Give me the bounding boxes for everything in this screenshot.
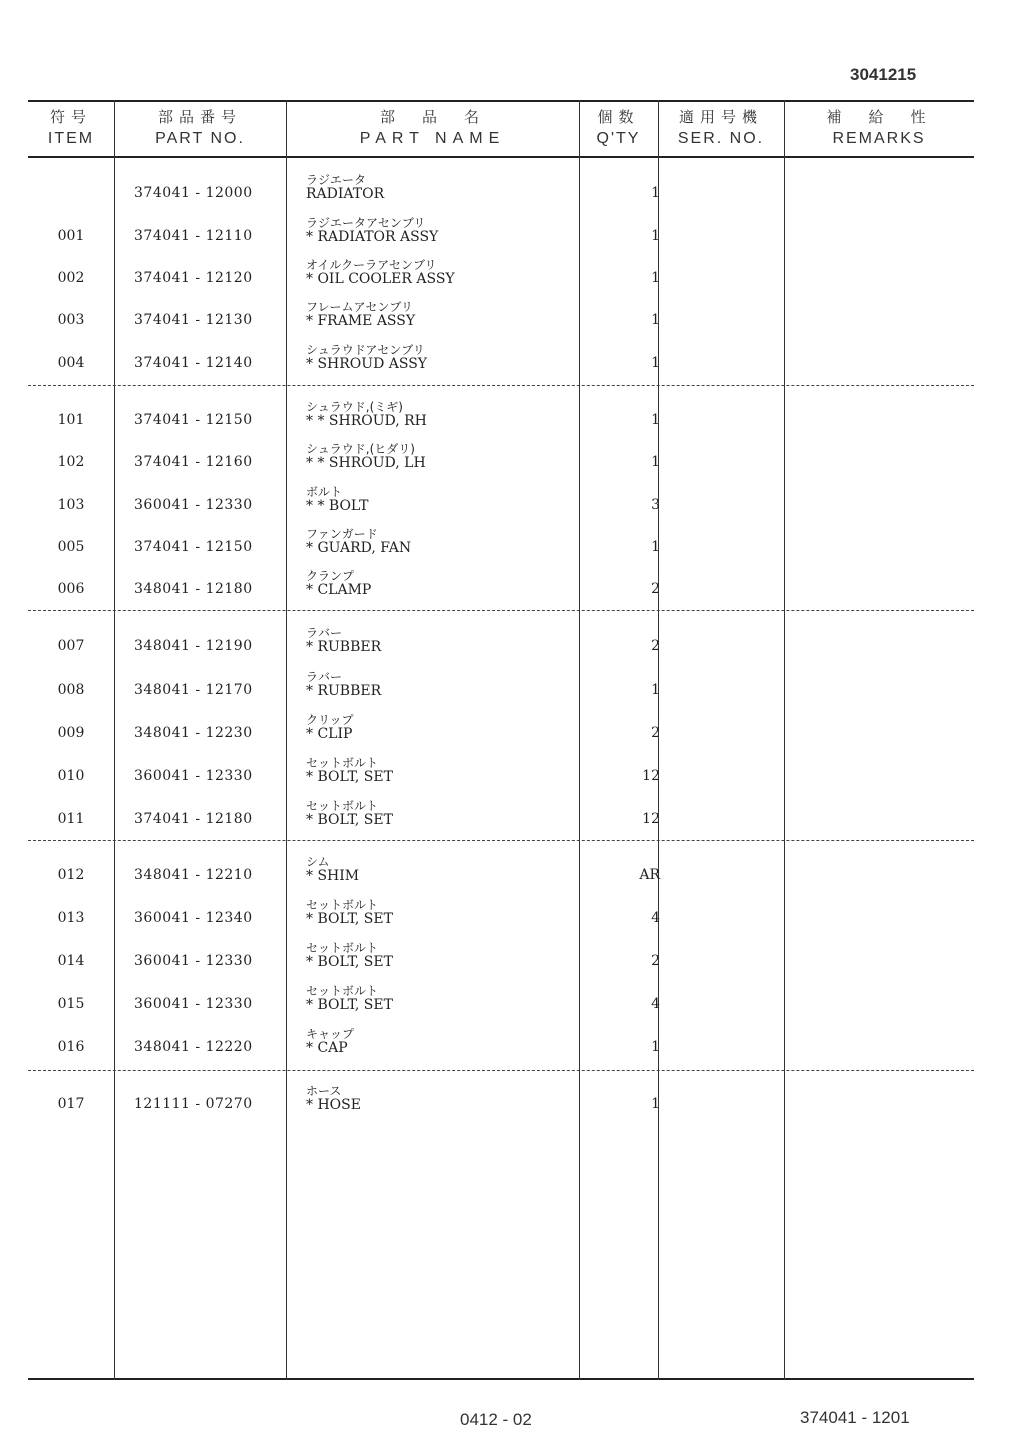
- item-number: 001: [28, 228, 114, 244]
- part-name: セットボルト* BOLT, SET: [306, 984, 393, 1012]
- item-number: 009: [28, 725, 114, 741]
- quantity: 2: [580, 953, 680, 969]
- quantity: 1: [580, 454, 680, 470]
- part-name-en: RADIATOR: [306, 186, 384, 202]
- part-name-jp: ラバー: [306, 670, 381, 684]
- part-name-jp: クランプ: [306, 569, 371, 583]
- part-number: 374041 - 12110: [134, 228, 253, 244]
- quantity: 12: [580, 811, 680, 827]
- part-name: セットボルト* BOLT, SET: [306, 941, 393, 969]
- part-name-jp: クリップ: [306, 713, 354, 727]
- part-name-en: * RUBBER: [306, 639, 381, 655]
- quantity: 1: [580, 185, 680, 201]
- part-number: 360041 - 12330: [134, 497, 253, 513]
- part-name: シュラウドアセンブリ* SHROUD ASSY: [306, 343, 427, 371]
- item-number: 101: [28, 412, 114, 428]
- table-row: 005374041 - 12150ファンガード* GUARD, FAN1: [28, 516, 974, 559]
- item-number: 017: [28, 1096, 114, 1112]
- item-number: 010: [28, 768, 114, 784]
- part-name: セットボルト* BOLT, SET: [306, 799, 393, 827]
- table-row: 017121111 - 07270ホース* HOSE1: [28, 1073, 974, 1116]
- header-qty: 個数 Q'TY: [579, 100, 658, 156]
- part-name-jp: ラジエータアセンブリ: [306, 216, 438, 230]
- part-name-en: * RUBBER: [306, 683, 381, 699]
- part-number: 348041 - 12190: [134, 638, 253, 654]
- table-row: 374041 - 12000ラジエータRADIATOR1: [28, 162, 974, 205]
- header-remarks: 補 給 性 REMARKS: [784, 100, 974, 156]
- part-number: 374041 - 12140: [134, 355, 253, 371]
- table-row: 004374041 - 12140シュラウドアセンブリ* SHROUD ASSY…: [28, 332, 974, 375]
- part-name-jp: ホース: [306, 1084, 361, 1098]
- part-name-jp: フレームアセンブリ: [306, 300, 415, 314]
- part-name: オイルクーラアセンブリ* OIL COOLER ASSY: [306, 258, 455, 286]
- part-number: 374041 - 12000: [134, 185, 253, 201]
- quantity: 1: [580, 682, 680, 698]
- table-row: 102374041 - 12160シュラウド,(ヒダリ)* * SHROUD, …: [28, 431, 974, 474]
- part-name: キャップ* CAP: [306, 1027, 354, 1055]
- item-number: 016: [28, 1039, 114, 1055]
- part-name-en: * BOLT, SET: [306, 769, 393, 785]
- part-name: フレームアセンブリ* FRAME ASSY: [306, 300, 415, 328]
- part-number: 348041 - 12210: [134, 867, 253, 883]
- quantity: AR: [580, 867, 680, 883]
- quantity: 1: [580, 312, 680, 328]
- part-name-jp: ファンガード: [306, 527, 411, 541]
- quantity: 2: [580, 581, 680, 597]
- group-divider: [28, 1070, 974, 1071]
- part-name-jp: シュラウド,(ヒダリ): [306, 442, 426, 456]
- part-number: 360041 - 12330: [134, 953, 253, 969]
- part-name-jp: シム: [306, 855, 359, 869]
- part-name-jp: ボルト: [306, 485, 368, 499]
- part-name: セットボルト* BOLT, SET: [306, 898, 393, 926]
- part-name-jp: ラジエータ: [306, 173, 384, 187]
- table-row: 014360041 - 12330セットボルト* BOLT, SET2: [28, 930, 974, 973]
- part-name: ボルト* * BOLT: [306, 485, 368, 513]
- table-row: 012348041 - 12210シム* SHIMAR: [28, 844, 974, 887]
- part-name: シュラウド,(ミギ)* * SHROUD, RH: [306, 400, 427, 428]
- part-number: 374041 - 12150: [134, 412, 253, 428]
- part-name-en: * FRAME ASSY: [306, 313, 415, 329]
- item-number: 102: [28, 454, 114, 470]
- part-name-en: * BOLT, SET: [306, 997, 393, 1013]
- part-name-en: * * BOLT: [306, 498, 368, 514]
- part-number: 348041 - 12230: [134, 725, 253, 741]
- part-name-en: * HOSE: [306, 1097, 361, 1113]
- table-row: 103360041 - 12330ボルト* * BOLT3: [28, 474, 974, 517]
- item-number: 006: [28, 581, 114, 597]
- header-ser-no: 適用号機 SER. NO.: [658, 100, 784, 156]
- part-name: セットボルト* BOLT, SET: [306, 756, 393, 784]
- part-number: 374041 - 12180: [134, 811, 253, 827]
- part-name: ラジエータアセンブリ* RADIATOR ASSY: [306, 216, 438, 244]
- group-divider: [28, 610, 974, 611]
- part-name-en: * CAP: [306, 1040, 348, 1056]
- part-name-jp: セットボルト: [306, 898, 393, 912]
- part-number: 374041 - 12130: [134, 312, 253, 328]
- part-number: 348041 - 12220: [134, 1039, 253, 1055]
- header-part-no: 部品番号 PART NO.: [114, 100, 286, 156]
- table-row: 002374041 - 12120オイルクーラアセンブリ* OIL COOLER…: [28, 247, 974, 290]
- header-bottom-rule: [28, 156, 974, 158]
- item-number: 004: [28, 355, 114, 371]
- quantity: 1: [580, 228, 680, 244]
- part-name-en: * CLIP: [306, 726, 352, 742]
- part-name-en: * OIL COOLER ASSY: [306, 271, 455, 287]
- table-row: 011374041 - 12180セットボルト* BOLT, SET12: [28, 788, 974, 831]
- quantity: 1: [580, 539, 680, 555]
- item-number: 015: [28, 996, 114, 1012]
- part-name-jp: セットボルト: [306, 799, 393, 813]
- item-number: 005: [28, 539, 114, 555]
- table-bottom-rule: [28, 1378, 974, 1380]
- part-name-en: * GUARD, FAN: [306, 540, 411, 556]
- table-row: 013360041 - 12340セットボルト* BOLT, SET4: [28, 887, 974, 930]
- part-name-jp: ラバー: [306, 626, 381, 640]
- part-name-en: * RADIATOR ASSY: [306, 229, 438, 245]
- quantity: 4: [580, 910, 680, 926]
- figure-number: 374041 - 1201: [800, 1408, 910, 1428]
- part-name-jp: セットボルト: [306, 756, 393, 770]
- page-code: 0412 - 02: [460, 1410, 532, 1430]
- part-name-en: * SHROUD ASSY: [306, 356, 427, 372]
- part-number: 360041 - 12340: [134, 910, 253, 926]
- table-row: 001374041 - 12110ラジエータアセンブリ* RADIATOR AS…: [28, 205, 974, 248]
- table-row: 010360041 - 12330セットボルト* BOLT, SET12: [28, 745, 974, 788]
- quantity: 12: [580, 768, 680, 784]
- part-number: 360041 - 12330: [134, 996, 253, 1012]
- part-name: ラバー* RUBBER: [306, 626, 381, 654]
- part-name-jp: シュラウドアセンブリ: [306, 343, 427, 357]
- quantity: 1: [580, 355, 680, 371]
- part-number: 374041 - 12150: [134, 539, 253, 555]
- quantity: 4: [580, 996, 680, 1012]
- table-row: 008348041 - 12170ラバー* RUBBER1: [28, 659, 974, 702]
- parts-table: 符号 ITEM 部品番号 PART NO. 部 品 名 PART NAME 個数…: [28, 100, 974, 1380]
- item-number: 103: [28, 497, 114, 513]
- part-number: 360041 - 12330: [134, 768, 253, 784]
- part-name: クランプ* CLAMP: [306, 569, 371, 597]
- group-divider: [28, 385, 974, 386]
- part-name: ラバー* RUBBER: [306, 670, 381, 698]
- header-item: 符号 ITEM: [28, 100, 114, 156]
- group-divider: [28, 840, 974, 841]
- quantity: 1: [580, 1039, 680, 1055]
- document-number: 3041215: [850, 65, 916, 85]
- table-row: 101374041 - 12150シュラウド,(ミギ)* * SHROUD, R…: [28, 389, 974, 432]
- quantity: 3: [580, 497, 680, 513]
- part-name-en: * BOLT, SET: [306, 911, 393, 927]
- part-name: ホース* HOSE: [306, 1084, 361, 1112]
- part-number: 121111 - 07270: [134, 1096, 253, 1112]
- part-name-jp: セットボルト: [306, 984, 393, 998]
- part-name-en: * * SHROUD, RH: [306, 413, 427, 429]
- part-name-en: * SHIM: [306, 868, 359, 884]
- part-name-jp: セットボルト: [306, 941, 393, 955]
- table-row: 003374041 - 12130フレームアセンブリ* FRAME ASSY1: [28, 289, 974, 332]
- quantity: 2: [580, 638, 680, 654]
- part-name-jp: オイルクーラアセンブリ: [306, 258, 455, 272]
- quantity: 2: [580, 725, 680, 741]
- item-number: 014: [28, 953, 114, 969]
- part-name-en: * * SHROUD, LH: [306, 455, 426, 471]
- table-row: 016348041 - 12220キャップ* CAP1: [28, 1016, 974, 1059]
- part-number: 374041 - 12120: [134, 270, 253, 286]
- header-part-name: 部 品 名 PART NAME: [286, 100, 579, 156]
- item-number: 011: [28, 811, 114, 827]
- part-name-jp: シュラウド,(ミギ): [306, 400, 427, 414]
- item-number: 012: [28, 867, 114, 883]
- table-row: 009348041 - 12230クリップ* CLIP2: [28, 702, 974, 745]
- item-number: 007: [28, 638, 114, 654]
- item-number: 013: [28, 910, 114, 926]
- part-name-en: * BOLT, SET: [306, 812, 393, 828]
- part-name: ラジエータRADIATOR: [306, 173, 384, 201]
- item-number: 003: [28, 312, 114, 328]
- part-name: クリップ* CLIP: [306, 713, 354, 741]
- table-row: 015360041 - 12330セットボルト* BOLT, SET4: [28, 973, 974, 1016]
- part-name-jp: キャップ: [306, 1027, 354, 1041]
- quantity: 1: [580, 412, 680, 428]
- part-name: シュラウド,(ヒダリ)* * SHROUD, LH: [306, 442, 426, 470]
- item-number: 002: [28, 270, 114, 286]
- part-name: シム* SHIM: [306, 855, 359, 883]
- part-number: 348041 - 12170: [134, 682, 253, 698]
- part-name: ファンガード* GUARD, FAN: [306, 527, 411, 555]
- part-number: 374041 - 12160: [134, 454, 253, 470]
- quantity: 1: [580, 270, 680, 286]
- quantity: 1: [580, 1096, 680, 1112]
- item-number: 008: [28, 682, 114, 698]
- part-name-en: * BOLT, SET: [306, 954, 393, 970]
- table-row: 006348041 - 12180クランプ* CLAMP2: [28, 558, 974, 601]
- part-name-en: * CLAMP: [306, 582, 371, 598]
- part-number: 348041 - 12180: [134, 581, 253, 597]
- table-row: 007348041 - 12190ラバー* RUBBER2: [28, 615, 974, 658]
